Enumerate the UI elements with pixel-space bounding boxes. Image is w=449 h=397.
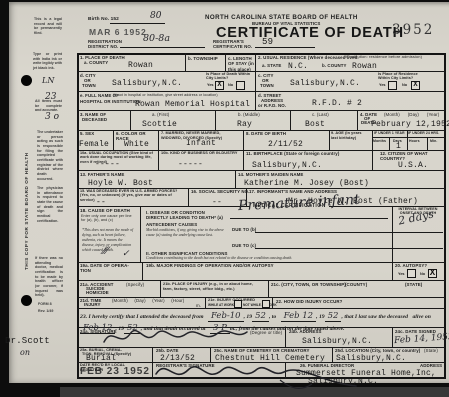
certify-text-2: , to bbox=[269, 314, 276, 320]
residence-state-label: a. STATE bbox=[262, 63, 281, 68]
injury-occurred-label: 21e. INJURY OCCURRED bbox=[208, 298, 255, 303]
cause-of-death-label: 18. CAUSE OF DEATH bbox=[80, 208, 130, 214]
how-injury-occurred-label: 22. HOW DID INJURY OCCUR? bbox=[276, 299, 342, 304]
attended-to-value: Feb 12 bbox=[281, 311, 316, 322]
certify-text-4: alive on bbox=[412, 314, 430, 320]
marital-status-value: Infant bbox=[186, 139, 216, 148]
physician-address-label: 24b. ADDRESS bbox=[289, 329, 322, 334]
residence-city-limits-label: Is Place of Residence Within City Limits… bbox=[378, 72, 428, 81]
if-under-24-hrs-label: IF UNDER 24 HRS. bbox=[408, 131, 439, 135]
date-of-operation-label: 19a. DATE OF OPERA-TION bbox=[80, 263, 138, 274]
armed-forces-value: -- bbox=[96, 198, 106, 207]
margin-note-ink: Type or print with India ink or write le… bbox=[33, 52, 62, 71]
margin-doctor-name: Dr.Scott bbox=[5, 336, 50, 346]
degree-title-label: (Degree or title) bbox=[250, 330, 282, 335]
scanned-death-certificate: { "margin": { "vertical_label": "THIS CO… bbox=[0, 0, 449, 397]
residence-city-value: Salisbury,N.C. bbox=[290, 79, 360, 88]
year-prefix-2: , 19 bbox=[316, 314, 325, 320]
autopsy-yes-checkbox bbox=[407, 269, 416, 278]
hole-punch-top bbox=[21, 75, 32, 86]
residence-city-label-3: TOWN bbox=[260, 83, 274, 88]
father-name-value: Hoyle W. Bost bbox=[88, 179, 153, 188]
antecedent-note: Morbid conditions, if any, giving rise t… bbox=[146, 228, 228, 238]
burial-location-label: 25d. LOCATION (City, town, or country) bbox=[335, 348, 420, 353]
hour-m-suffix: m. bbox=[196, 303, 201, 308]
registrars-certificate-label-2: CERTIFICATE NO. bbox=[213, 44, 252, 49]
date-received-stamp: FEB 23 1952 bbox=[80, 366, 150, 377]
min-column-label: Min. bbox=[430, 139, 437, 143]
disease-condition-label-2: DIRECTLY LEADING TO DEATH* (a) bbox=[146, 215, 223, 220]
handwritten-checkmark: ✓ bbox=[122, 249, 130, 259]
usual-residence-label-2: If institution: residence before admissi… bbox=[345, 55, 422, 60]
certify-text-1: 23. I hereby certify that I attended the… bbox=[80, 314, 204, 320]
major-findings-label: 19b. MAJOR FINDINGS OF OPERATION AND/OR … bbox=[146, 263, 274, 268]
cause-of-death-note: Enter only one cause per line for (a), (… bbox=[81, 214, 133, 223]
last-name-label: c. (Last) bbox=[312, 112, 329, 117]
margin-note-complete: All items must be complete and accurate. bbox=[35, 99, 62, 113]
months-column-label: Months bbox=[373, 139, 386, 143]
from-year-value: 52 bbox=[252, 311, 269, 322]
autopsy-label: 20. AUTOPSY? bbox=[395, 263, 427, 268]
other-conditions-note: Conditions contributing to the death but… bbox=[146, 256, 296, 261]
birthplace-value: Salisbury,N.C. bbox=[252, 161, 322, 170]
physician-signature bbox=[100, 324, 250, 348]
burial-value: Burial bbox=[86, 354, 116, 363]
injury-county-label: (COUNTY) bbox=[345, 282, 367, 287]
injury-city-label: 21c. (CITY, TOWN, OR TOWNSHIP) bbox=[271, 282, 346, 287]
due-to-b-label: DUE TO (b) bbox=[232, 227, 256, 232]
place-city-limits-label: Is Place of Death Within City Limits? bbox=[206, 72, 252, 81]
residence-state-value: N.C. bbox=[288, 62, 308, 71]
place-city-label-3: TOWN bbox=[82, 83, 96, 88]
age-days-value: 1 bbox=[396, 142, 401, 151]
year-prefix-1: , 19 bbox=[244, 314, 253, 320]
occupation-value: ----- bbox=[95, 160, 120, 169]
homicide-label: HOMICIDE bbox=[86, 290, 109, 295]
margin-note-coroner: If there was no attending doctor, medica… bbox=[35, 256, 63, 298]
birthplace-label: 11. BIRTHPLACE (State or foreign country… bbox=[246, 151, 339, 156]
name-of-deceased-label-2: DECEASED bbox=[82, 117, 107, 122]
sex-label: 5. SEX bbox=[80, 131, 94, 136]
place-limits-no-label: No bbox=[228, 83, 233, 87]
funeral-director-label: 26. FUNERAL DIRECTOR bbox=[300, 363, 354, 368]
burial-state-label: (State) bbox=[424, 348, 438, 353]
first-name-label: a. (First) bbox=[152, 112, 169, 117]
place-county-value: Rowan bbox=[128, 61, 153, 70]
while-at-work-label: WHILE AT WORK bbox=[208, 303, 234, 307]
hours-column-label: Hours bbox=[409, 139, 420, 143]
cemetery-label: 25c. NAME OF CEMETERY OR CREMATORY bbox=[214, 348, 310, 353]
hospital-value: Rowan Memorial Hospital bbox=[135, 100, 250, 109]
autopsy-yes-label: Yes bbox=[398, 272, 405, 276]
hospital-label-2: HOSPITAL OR INSTITUTION bbox=[80, 99, 141, 104]
ssn-label: 16. SOCIAL SECURITY NO. bbox=[191, 189, 250, 194]
margin-note-legal: This is a legal record and will be perma… bbox=[34, 17, 62, 36]
margin-note-undertaker: The undertaker or person acting as such … bbox=[37, 130, 63, 181]
margin-handwriting-ln: LN bbox=[42, 76, 54, 85]
autopsy-no-checkbox: X bbox=[428, 269, 437, 278]
sex-value: Female bbox=[79, 140, 109, 149]
not-while-at-work-label: NOT WHILE AT WORK bbox=[243, 303, 277, 307]
margin-vertical-copy-label: THIS COPY FOR STATE BOARD OF HEALTH bbox=[24, 135, 29, 270]
margin-form-number: FORM 8 bbox=[38, 302, 68, 307]
residence-limits-yes-label: Yes bbox=[379, 83, 386, 87]
citizen-label: 12. CITIZEN OF WHAT COUNTRY? bbox=[380, 151, 430, 162]
street-address-label-3: or R.F.D. NO. bbox=[258, 103, 286, 108]
date-of-birth-value: 2/11/52 bbox=[268, 140, 303, 149]
margin-form-revision: Rev. 1/49 bbox=[38, 309, 68, 314]
place-county-label: a. COUNTY bbox=[84, 60, 108, 65]
residence-county-value: Rowan bbox=[352, 62, 377, 71]
if-under-1-year-label: IF UNDER 1 YEAR bbox=[374, 131, 405, 135]
date-of-birth-label: 8. DATE OF BIRTH bbox=[246, 131, 286, 136]
ssn-value: -- bbox=[212, 198, 222, 207]
registration-district-label-2: DISTRICT NO. bbox=[88, 44, 118, 49]
handwritten-80: 80 bbox=[150, 11, 161, 21]
street-address-value: R.F.D. # 2 bbox=[312, 99, 362, 108]
registration-district-value: 80-8a bbox=[143, 33, 170, 44]
place-limits-no-checkbox bbox=[236, 81, 245, 90]
mother-name-value: Katherine M. Josey (Bost) bbox=[244, 179, 369, 188]
residence-limits-yes-checkbox bbox=[388, 81, 397, 90]
business-value: ----- bbox=[178, 160, 203, 169]
certificate-serial-number: 3952 bbox=[392, 22, 434, 38]
accident-specify-label: (Specify) bbox=[126, 282, 144, 287]
while-at-work-checkbox bbox=[234, 300, 242, 308]
first-name-value: Scottie bbox=[142, 120, 177, 129]
residence-limits-no-checkbox: X bbox=[411, 81, 420, 90]
margin-handwriting-3o: 3 o bbox=[45, 112, 59, 122]
margin-note-physician: The physician in attendance is required … bbox=[37, 186, 63, 223]
place-city-value: Salisbury,N.C. bbox=[112, 79, 182, 88]
not-while-at-work-checkbox bbox=[262, 300, 270, 308]
antecedent-causes-label: ANTECEDENT CAUSES bbox=[146, 222, 197, 227]
date-of-death-value: February 12,1952 bbox=[371, 120, 449, 129]
place-length-of-stay-label: c. LENGTH OF STAY (in this place) bbox=[228, 56, 254, 72]
attended-from-value: Feb-10 bbox=[208, 311, 244, 322]
citizen-value: U.S.A. bbox=[398, 161, 428, 170]
place-limits-yes-label: Yes bbox=[207, 83, 214, 87]
middle-name-value: Ray bbox=[237, 120, 252, 129]
physician-address-value: Salisbury,N.C. bbox=[302, 337, 372, 346]
age-label: 9. AGE (In years last birthday) bbox=[331, 131, 369, 140]
burial-date-label: 25b. DATE bbox=[156, 348, 179, 353]
to-year-value: 52 bbox=[325, 311, 342, 322]
handwritten-strokes: ⁄⁄⁄ bbox=[103, 246, 108, 257]
place-of-injury-label: 21b. PLACE OF INJURY (e.g., in or about … bbox=[163, 282, 263, 291]
mother-name-label: 14. MOTHER'S MAIDEN NAME bbox=[238, 172, 303, 177]
birth-number: Birth No. 152 bbox=[88, 17, 119, 23]
race-value: White bbox=[124, 140, 149, 149]
margin-handwriting-on: on bbox=[20, 348, 30, 357]
certify-text-3: , that I last saw the deceased bbox=[341, 314, 408, 320]
certificate-title: CERTIFICATE OF DEATH bbox=[216, 25, 404, 41]
residence-county-label: b. COUNTY bbox=[322, 63, 347, 68]
time-of-injury-columns: (Month) (Day) (Year) (Hour) bbox=[112, 298, 184, 303]
date-of-death-columns: (Month) (Day) (Year) bbox=[384, 112, 439, 117]
funeral-address-label: ADDRESS bbox=[420, 363, 442, 368]
received-date-stamp: MAR 6 1952 bbox=[89, 27, 147, 37]
place-limits-yes-checkbox: X bbox=[215, 81, 224, 90]
due-to-c-label: DUE TO (c) bbox=[232, 243, 256, 248]
place-township-label: b. TOWNSHIP bbox=[188, 56, 218, 61]
autopsy-no-label: No bbox=[420, 272, 425, 276]
funeral-address-value: Salisbury,N.C. bbox=[308, 377, 378, 386]
injury-state-label: (STATE) bbox=[405, 282, 422, 287]
residence-limits-no-label: No bbox=[402, 83, 407, 87]
hospital-note: (If not in hospital or institution, give… bbox=[113, 93, 253, 97]
father-name-label: 13. FATHER'S NAME bbox=[80, 172, 124, 177]
business-label: 10b. KIND OF BUSINESS OR IN-DUSTRY bbox=[161, 151, 239, 156]
middle-name-label: b. (Middle) bbox=[238, 112, 260, 117]
hole-punch-bottom bbox=[21, 295, 32, 306]
last-name-value: Bost bbox=[305, 120, 325, 129]
time-of-injury-label-2: INJURY bbox=[84, 302, 101, 307]
